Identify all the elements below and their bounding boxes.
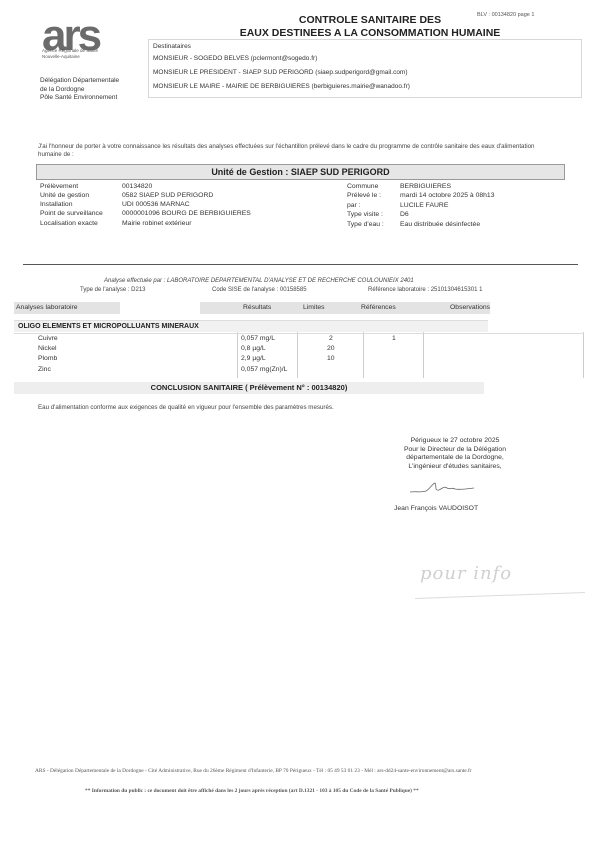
sise-code: Code SISE de l'analyse : 00158585 <box>212 287 307 293</box>
param-limit: 2 <box>329 335 333 342</box>
info-value: UDI 000536 MARNAC <box>122 201 190 208</box>
param-limit: 10 <box>327 355 335 362</box>
param-name: Plomb <box>38 355 57 362</box>
info-value: BERBIGUIERES <box>400 183 451 190</box>
title-line-1: CONTROLE SANITAIRE DES <box>220 14 520 27</box>
info-label: Type visite : <box>347 211 383 218</box>
analysis-type: Type de l'analyse : D213 <box>80 287 146 293</box>
annotation-underline <box>415 592 585 599</box>
lab-reference: Référence laboratoire : 25101304615301 1 <box>368 287 482 293</box>
param-name: Cuivre <box>38 335 58 342</box>
conclusion-text: Eau d'alimentation conforme aux exigence… <box>38 404 334 411</box>
table-row: Nickel 0,8 µg/L 20 <box>0 345 595 355</box>
intro-text: J'ai l'honneur de porter à votre connais… <box>38 143 548 159</box>
info-label: Commune <box>347 183 378 190</box>
info-label: Unité de gestion <box>40 192 89 199</box>
parameter-group: OLIGO ELEMENTS ET MICROPOLLUANTS MINERAU… <box>14 320 488 332</box>
table-row: Cuivre 0,057 mg/L 2 1 <box>0 335 595 345</box>
row-divider <box>14 333 584 334</box>
param-name: Nickel <box>38 345 57 352</box>
recipient: MONSIEUR LE PRESIDENT - SIAEP SUD PERIGO… <box>153 69 408 76</box>
conclusion-title: CONCLUSION SANITAIRE ( Prélèvement N° : … <box>14 382 484 394</box>
org-line: Pôle Santé Environnement <box>40 94 119 103</box>
info-label: Prélevé le : <box>347 192 381 199</box>
table-header-bar: Résultats Limites Références Observation… <box>200 302 490 314</box>
handwritten-annotation: pour info <box>420 563 512 584</box>
info-label: par : <box>347 202 361 209</box>
col-header-analysis: Analyses laboratoire <box>14 302 120 314</box>
management-unit-bar: Unité de Gestion : SIAEP SUD PERIGORD <box>36 164 565 180</box>
info-value: D6 <box>400 211 409 218</box>
col-header-limits: Limites <box>303 302 325 314</box>
info-label: Point de surveillance <box>40 210 103 217</box>
table-row: Plomb 2,9 µg/L 10 <box>0 355 595 365</box>
org-line: Délégation Départementale <box>40 77 119 86</box>
recipient: MONSIEUR - SOGEDO BELVES (pclermont@soge… <box>153 55 317 62</box>
info-label: Type d'eau : <box>347 221 384 228</box>
info-value: LUCILE FAURE <box>400 202 448 209</box>
param-reference: 1 <box>392 335 396 342</box>
col-header-results: Résultats <box>243 302 271 314</box>
info-value: 00134820 <box>122 183 152 190</box>
document-title: CONTROLE SANITAIRE DES EAUX DESTINEES A … <box>220 14 520 40</box>
signature-block: Périgueux le 27 octobre 2025 Pour le Dir… <box>370 437 540 471</box>
footer-address: ARS - Délégation Départementale de la Do… <box>35 768 472 774</box>
org-line: de la Dordogne <box>40 86 119 95</box>
logo-subtitle: Agence Régionale de Santé Nouvelle-Aquit… <box>42 48 102 60</box>
info-value: Mairie robinet extérieur <box>122 220 192 227</box>
col-header-observations: Observations <box>450 302 490 314</box>
recipients-box: Destinataires MONSIEUR - SOGEDO BELVES (… <box>148 39 582 98</box>
table-row: Zinc 0,057 mg(Zn)/L <box>0 366 595 376</box>
signature-line: Périgueux le 27 octobre 2025 <box>370 437 540 446</box>
info-value: 0582 SIAEP SUD PERIGORD <box>122 192 213 199</box>
info-value: 0000001096 BOURG DE BERBIGUIERES <box>122 210 251 217</box>
section-divider <box>23 264 578 265</box>
issuing-organization: Délégation Départementale de la Dordogne… <box>40 77 119 103</box>
info-value: mardi 14 octobre 2025 à 08h13 <box>400 192 494 199</box>
signature-line: départementale de la Dordogne, <box>370 454 540 463</box>
lab-performed-by: Analyse effectuée par : LABORATOIRE DEPA… <box>104 278 414 284</box>
param-result: 0,8 µg/L <box>241 345 266 352</box>
footer-notice: ** Information du public : ce document d… <box>85 788 419 794</box>
param-result: 0,057 mg/L <box>241 335 275 342</box>
ars-logo: ars Agence Régionale de Santé Nouvelle-A… <box>40 14 135 74</box>
signer-name: Jean François VAUDOISOT <box>394 505 478 512</box>
document-reference: BLV : 00134820 page 1 <box>477 12 534 18</box>
info-label: Installation <box>40 201 73 208</box>
unit-value: SIAEP SUD PERIGORD <box>291 167 390 177</box>
recipients-label: Destinataires <box>153 43 191 50</box>
param-result: 2,9 µg/L <box>241 355 266 362</box>
info-label: Prélèvement <box>40 183 78 190</box>
handwritten-signature-icon <box>408 480 478 496</box>
info-label: Localisation exacte <box>40 220 98 227</box>
signature-line: L'ingénieur d'études sanitaires, <box>370 463 540 472</box>
info-value: Eau distribuée désinfectée <box>400 221 480 228</box>
unit-label: Unité de Gestion <box>211 167 283 177</box>
col-header-references: Références <box>361 302 396 314</box>
param-result: 0,057 mg(Zn)/L <box>241 366 287 373</box>
recipient: MONSIEUR LE MAIRE - MAIRIE DE BERBIGUIER… <box>153 83 410 90</box>
signature-line: Pour le Directeur de la Délégation <box>370 446 540 455</box>
param-limit: 20 <box>327 345 335 352</box>
param-name: Zinc <box>38 366 51 373</box>
